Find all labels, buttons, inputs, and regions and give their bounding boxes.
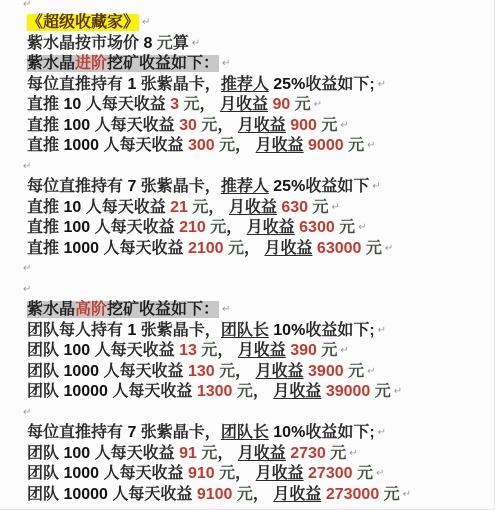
text-segment: 直推 [27, 240, 63, 257]
income-row: 团队 1000 人每天收益 910 元， 月收益 27300 元↵ [27, 464, 494, 485]
text-segment: ， [235, 363, 255, 380]
text-segment: ， [217, 445, 237, 462]
text-segment: 1000 [63, 465, 99, 482]
paragraph-mark-icon: ↵ [331, 202, 339, 213]
paragraph-mark-icon: ↵ [340, 345, 348, 356]
text-segment: 直推 [27, 199, 63, 216]
paragraph-mark-icon: ↵ [367, 140, 375, 151]
text-segment: ， [217, 342, 237, 359]
text-segment: 每位直推持有 [27, 76, 127, 93]
blank-line: ↵ [27, 157, 494, 178]
text-segment: 团队长 [221, 322, 269, 339]
text-segment: 100 [63, 117, 90, 134]
text-segment: 10% [273, 424, 305, 441]
text-segment: 元 [370, 383, 390, 400]
text-segment: 6300 [299, 219, 335, 236]
text-segment: 3900 [308, 363, 344, 380]
text-segment: 1000 [63, 137, 99, 154]
text-segment: 月收益 [256, 363, 304, 380]
paragraph-mark-icon: ↵ [358, 222, 366, 233]
price-line: 紫水晶按市场价 8 元算↵ [27, 34, 494, 55]
text-segment: 紫水晶 [27, 55, 75, 72]
text-segment: 630 [281, 199, 308, 216]
text-segment: 元 [290, 96, 310, 113]
text-segment: 每位直推持有 [27, 178, 127, 195]
text-segment: 1000 [63, 363, 99, 380]
text-segment: 元 [326, 445, 346, 462]
text-segment: 团队长 [221, 424, 269, 441]
text-segment: 人每天收益 [90, 342, 179, 359]
text-segment: 3 [170, 96, 179, 113]
rule-line: 每位直推持有 7 张紫晶卡，团队长 10%收益如下;↵ [27, 423, 494, 444]
text-segment: 元 [152, 35, 172, 52]
income-row: 团队 100 人每天收益 91 元， 月收益 2730 元↵ [27, 444, 494, 465]
text-segment: ， [244, 240, 264, 257]
text-segment: 273000 [326, 486, 379, 503]
paragraph-mark-icon: ↵ [23, 0, 31, 10]
text-segment: 人每天收益 [81, 96, 170, 113]
text-segment: 人每天收益 [99, 240, 188, 257]
paragraph-mark-icon: ↵ [23, 284, 31, 295]
text-segment: 13 [179, 342, 197, 359]
text-segment: 元 [197, 445, 217, 462]
paragraph-mark-icon: ↵ [23, 161, 31, 172]
text-segment: 90 [272, 96, 290, 113]
text-segment: 63000 [317, 240, 362, 257]
income-row: 直推 1000 人每天收益 300 元， 月收益 9000 元↵ [27, 136, 494, 157]
rule-line: 每位直推持有 1 张紫晶卡，推荐人 25%收益如下;↵ [27, 75, 494, 96]
blank-line: ↵ [27, 259, 494, 280]
text-segment: 张紫晶卡， [136, 76, 220, 93]
text-segment: 紫水晶 [27, 301, 75, 318]
paragraph-mark-icon: ↵ [314, 99, 322, 110]
text-segment: 推荐人 [221, 178, 269, 195]
section-heading-advanced: 紫水晶进阶挖矿收益如下：↵ [27, 54, 494, 75]
text-segment: 元 [232, 486, 252, 503]
text-segment: 月收益 [273, 383, 321, 400]
text-segment: 39000 [326, 383, 371, 400]
paragraph-mark-icon: ↵ [340, 120, 348, 131]
text-segment: 收益如下 [305, 178, 369, 195]
document-body: 《超级收藏家》↵紫水晶按市场价 8 元算↵紫水晶进阶挖矿收益如下：↵每位直推持有… [27, 13, 494, 505]
blank-line: ↵ [27, 280, 494, 301]
paragraph-mark-icon: ↵ [403, 489, 411, 500]
text-segment: ， [217, 117, 237, 134]
text-segment: 100 [63, 342, 90, 359]
text-segment: 挖矿收益如下： [107, 301, 219, 318]
text-segment: 月收益 [229, 199, 277, 216]
text-segment: 2730 [290, 445, 326, 462]
text-segment: 元 [232, 383, 252, 400]
text-segment: 月收益 [256, 137, 304, 154]
text-segment: 元 [215, 137, 235, 154]
text-segment: 1300 [197, 383, 233, 400]
text-segment: 人每天收益 [81, 199, 170, 216]
paragraph-mark-icon: ↵ [378, 427, 386, 438]
paragraph-mark-icon: ↵ [394, 386, 402, 397]
text-segment: 210 [179, 219, 206, 236]
text-segment: 27300 [308, 465, 353, 482]
text-segment: 直推 [27, 96, 63, 113]
text-segment: 25% [273, 178, 305, 195]
text-segment: 每位直推持有 [27, 424, 127, 441]
text-segment: ， [253, 383, 273, 400]
text-segment: 元 [344, 363, 364, 380]
text-segment: 推荐人 [221, 76, 269, 93]
text-segment: 团队每人持有 [27, 322, 127, 339]
text-segment: 元 [197, 117, 217, 134]
paragraph-mark-icon: ↵ [23, 263, 31, 274]
text-segment: 10 [63, 199, 81, 216]
text-segment: 月收益 [247, 219, 295, 236]
text-segment: 团队 [27, 465, 63, 482]
blank-line: ↵ [27, 403, 494, 424]
text-segment: 收益如下; [305, 424, 374, 441]
text-segment: 张紫晶卡， [136, 178, 220, 195]
text-segment: 91 [179, 445, 197, 462]
text-segment: 收益如下; [305, 322, 374, 339]
text-segment: 人每天收益 [108, 383, 197, 400]
text-segment: 9100 [197, 486, 233, 503]
text-segment: 团队 [27, 383, 63, 400]
text-segment: 25% [273, 76, 305, 93]
text-segment: 300 [188, 137, 215, 154]
text-segment: 元 [215, 465, 235, 482]
paragraph-mark-icon: ↵ [378, 79, 386, 90]
text-segment: 元 [188, 199, 208, 216]
income-row: 团队 100 人每天收益 13 元， 月收益 390 元↵ [27, 341, 494, 362]
income-row: 直推 100 人每天收益 210 元， 月收益 6300 元↵ [27, 218, 494, 239]
income-row: 团队 1000 人每天收益 130 元， 月收益 3900 元↵ [27, 362, 494, 383]
text-segment: 算 [173, 35, 189, 52]
text-segment: 团队 [27, 363, 63, 380]
text-segment: ， [208, 199, 228, 216]
text-segment: 元 [335, 219, 355, 236]
text-segment: 1000 [63, 240, 99, 257]
text-segment: 元 [353, 465, 373, 482]
paragraph-mark-icon: ↵ [222, 304, 230, 315]
text-segment: 10 [63, 96, 81, 113]
text-segment: 直推 [27, 117, 63, 134]
text-segment: 直推 [27, 219, 63, 236]
text-segment: 9000 [308, 137, 344, 154]
paragraph-mark-icon: ↵ [378, 325, 386, 336]
income-row: 直推 10 人每天收益 3 元， 月收益 90 元↵ [27, 95, 494, 116]
text-segment: 人每天收益 [90, 117, 179, 134]
text-segment: 2100 [188, 240, 224, 257]
text-segment: ， [235, 465, 255, 482]
text-segment: 100 [63, 219, 90, 236]
text-segment: 月收益 [256, 465, 304, 482]
paragraph-mark-icon: ↵ [367, 366, 375, 377]
text-segment: 元 [224, 240, 244, 257]
doc-title: 《超级收藏家》↵ [27, 13, 494, 34]
text-segment: 人每天收益 [99, 465, 188, 482]
text-segment: 390 [290, 342, 317, 359]
text-segment: 元 [308, 199, 328, 216]
income-row: 直推 1000 人每天收益 2100 元， 月收益 63000 元↵ [27, 239, 494, 260]
text-segment: 人每天收益 [108, 486, 197, 503]
text-segment: 30 [179, 117, 197, 134]
text-segment: 元 [317, 342, 337, 359]
text-segment: 910 [188, 465, 215, 482]
text-segment: 《超级收藏家》 [27, 14, 139, 31]
text-segment: 张紫晶卡， [136, 424, 220, 441]
text-segment: 团队 [27, 486, 63, 503]
text-segment: ， [235, 137, 255, 154]
paragraph-mark-icon: ↵ [372, 181, 380, 192]
document-page: ↵ 《超级收藏家》↵紫水晶按市场价 8 元算↵紫水晶进阶挖矿收益如下：↵每位直推… [0, 0, 495, 510]
paragraph-mark-icon: ↵ [376, 468, 384, 479]
text-segment: 元 [361, 240, 381, 257]
text-segment: 人每天收益 [99, 137, 188, 154]
text-segment: ， [253, 486, 273, 503]
text-segment: 团队 [27, 445, 63, 462]
text-segment: 元 [197, 342, 217, 359]
text-segment: 元 [379, 486, 399, 503]
income-row: 直推 10 人每天收益 21 元， 月收益 630 元↵ [27, 198, 494, 219]
text-segment: 月收益 [220, 96, 268, 113]
paragraph-mark-icon: ↵ [349, 448, 357, 459]
text-segment: 元 [317, 117, 337, 134]
text-segment: 紫水晶按市场价 [27, 35, 143, 52]
text-segment: 月收益 [238, 342, 286, 359]
rule-line: 每位直推持有 7 张紫晶卡，推荐人 25%收益如下↵ [27, 177, 494, 198]
text-segment: 月收益 [238, 117, 286, 134]
paragraph-mark-icon: ↵ [192, 38, 200, 49]
text-segment: 130 [188, 363, 215, 380]
text-segment: 月收益 [273, 486, 321, 503]
text-segment: 元 [179, 96, 199, 113]
section-heading-high: 紫水晶高阶挖矿收益如下：↵ [27, 300, 494, 321]
text-segment: 月收益 [264, 240, 312, 257]
text-segment: 10000 [63, 383, 108, 400]
text-segment: 人每天收益 [90, 219, 179, 236]
income-row: 团队 10000 人每天收益 1300 元， 月收益 39000 元↵ [27, 382, 494, 403]
text-segment: 直推 [27, 137, 63, 154]
text-segment: 张紫晶卡， [136, 322, 220, 339]
text-segment: 10000 [63, 486, 108, 503]
paragraph-mark-icon: ↵ [142, 17, 150, 28]
rule-line: 团队每人持有 1 张紫晶卡，团队长 10%收益如下;↵ [27, 321, 494, 342]
text-segment: ， [226, 219, 246, 236]
text-segment: 21 [170, 199, 188, 216]
text-segment: 900 [290, 117, 317, 134]
text-segment: 挖矿收益如下： [107, 55, 219, 72]
paragraph-mark-icon: ↵ [222, 58, 230, 69]
paragraph-mark-icon: ↵ [23, 407, 31, 418]
text-segment: 进阶 [75, 55, 107, 72]
text-segment: 100 [63, 445, 90, 462]
text-segment: 元 [215, 363, 235, 380]
text-segment: 元 [206, 219, 226, 236]
text-segment: 人每天收益 [99, 363, 188, 380]
text-segment: 高阶 [75, 301, 107, 318]
text-segment: ， [200, 96, 220, 113]
text-segment: 元 [344, 137, 364, 154]
text-segment: 收益如下; [305, 76, 374, 93]
income-row: 团队 10000 人每天收益 9100 元， 月收益 273000 元↵ [27, 485, 494, 506]
text-segment: 10% [273, 322, 305, 339]
text-segment: 月收益 [238, 445, 286, 462]
text-segment: 团队 [27, 342, 63, 359]
paragraph-mark-icon: ↵ [385, 243, 393, 254]
income-row: 直推 100 人每天收益 30 元， 月收益 900 元↵ [27, 116, 494, 137]
text-segment: 人每天收益 [90, 445, 179, 462]
